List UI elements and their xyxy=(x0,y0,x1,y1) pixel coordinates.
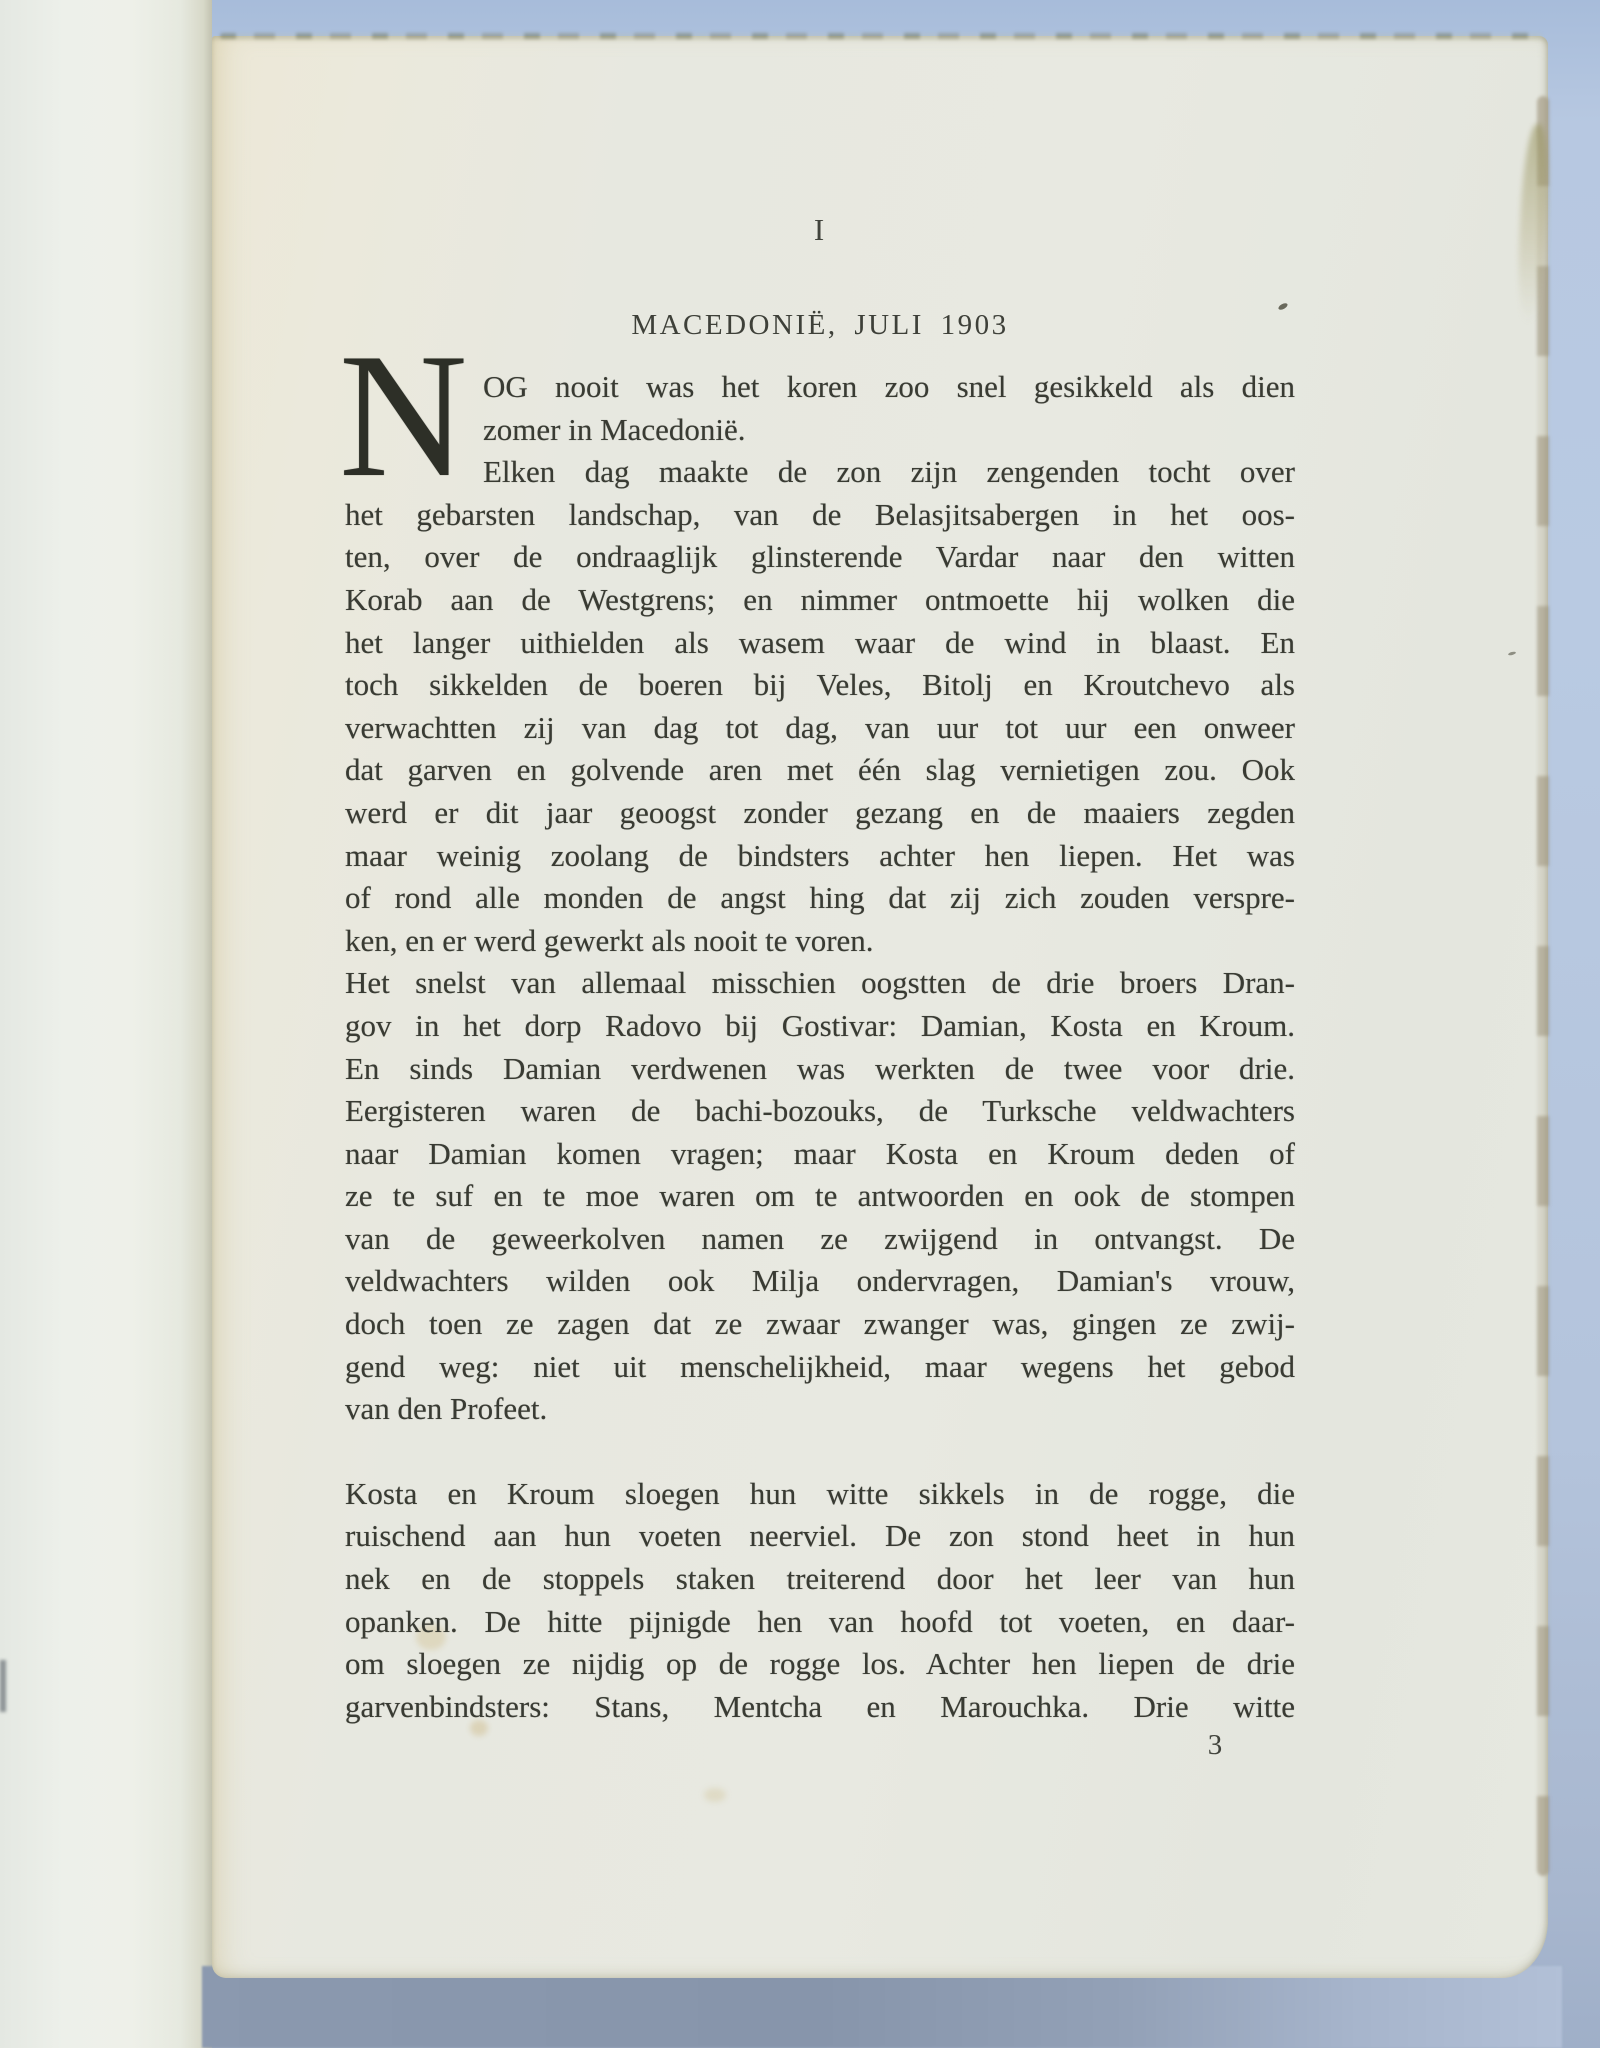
paragraph-lines: OG nooit was het koren zoo snel gesikkel… xyxy=(345,366,1295,1728)
photo-edge-mark xyxy=(0,1660,6,1712)
text-line: gend weg: niet uit menschelijkheid, maar… xyxy=(345,1346,1295,1389)
text-line: Elken dag maakte de zon zijn zengenden t… xyxy=(483,451,1295,494)
text-line: gov in het dorp Radovo bij Gostivar: Dam… xyxy=(345,1005,1295,1048)
text-line: ruischend aan hun voeten neerviel. De zo… xyxy=(345,1515,1295,1558)
text-line: doch toen ze zagen dat ze zwaar zwanger … xyxy=(345,1303,1295,1346)
text-line: van de geweerkolven namen ze zwijgend in… xyxy=(345,1218,1295,1261)
paper-stain xyxy=(704,1788,726,1802)
text-line: het langer uithielden als wasem waar de … xyxy=(345,622,1295,665)
text-line: toch sikkelden de boeren bij Veles, Bito… xyxy=(345,664,1295,707)
book-photo-scene: I MACEDONIË, JULI 1903 N OG nooit was he… xyxy=(0,0,1600,2048)
text-line: verwachtten zij van dag tot dag, van uur… xyxy=(345,707,1295,750)
text-line: opanken. De hitte pijnigde hen van hoofd… xyxy=(345,1601,1295,1644)
text-line: garvenbindsters: Stans, Mentcha en Marou… xyxy=(345,1686,1295,1729)
text-line: het gebarsten landschap, van de Belasjit… xyxy=(345,494,1295,537)
text-line: ten, over de ondraaglijk glinsterende Va… xyxy=(345,536,1295,579)
text-line: werd er dit jaar geoogst zonder gezang e… xyxy=(345,792,1295,835)
fore-edge-deckle xyxy=(1537,96,1549,1876)
book-bottom-shadow xyxy=(202,1966,1562,2048)
text-line: ze te suf en te moe waren om te antwoord… xyxy=(345,1175,1295,1218)
text-line: ken, en er werd gewerkt als nooit te vor… xyxy=(345,920,1295,963)
paper-speck xyxy=(1508,651,1517,656)
book-page: I MACEDONIË, JULI 1903 N OG nooit was he… xyxy=(212,36,1548,1978)
text-line: Korab aan de Westgrens; en nimmer ontmoe… xyxy=(345,579,1295,622)
text-line: of rond alle monden de angst hing dat zi… xyxy=(345,877,1295,920)
text-line: nek en de stoppels staken treiterend doo… xyxy=(345,1558,1295,1601)
facing-page-edge xyxy=(0,0,212,2048)
text-line: van den Profeet. xyxy=(345,1388,1295,1431)
text-line: Het snelst van allemaal misschien oogstt… xyxy=(345,962,1295,1005)
body-text: N OG nooit was het koren zoo snel gesikk… xyxy=(345,366,1295,1728)
text-line: zomer in Macedonië. xyxy=(483,409,1295,452)
chapter-number: I xyxy=(345,209,1295,251)
text-line: OG nooit was het koren zoo snel gesikkel… xyxy=(483,366,1295,409)
text-line: Eergisteren waren de bachi-bozouks, de T… xyxy=(345,1090,1295,1133)
text-line: naar Damian komen vragen; maar Kosta en … xyxy=(345,1133,1295,1176)
text-line: Kosta en Kroum sloegen hun witte sikkels… xyxy=(345,1473,1295,1516)
text-line: om sloegen ze nijdig op de rogge los. Ac… xyxy=(345,1643,1295,1686)
text-line: En sinds Damian verdwenen was werkten de… xyxy=(345,1048,1295,1091)
drop-cap: N xyxy=(339,326,468,504)
page-number: 3 xyxy=(1155,1724,1275,1766)
text-line: dat garven en golvende aren met één slag… xyxy=(345,749,1295,792)
text-line: veldwachters wilden ook Milja ondervrage… xyxy=(345,1260,1295,1303)
text-line: maar weinig zoolang de bindsters achter … xyxy=(345,835,1295,878)
chapter-heading: MACEDONIË, JULI 1903 xyxy=(345,304,1295,346)
